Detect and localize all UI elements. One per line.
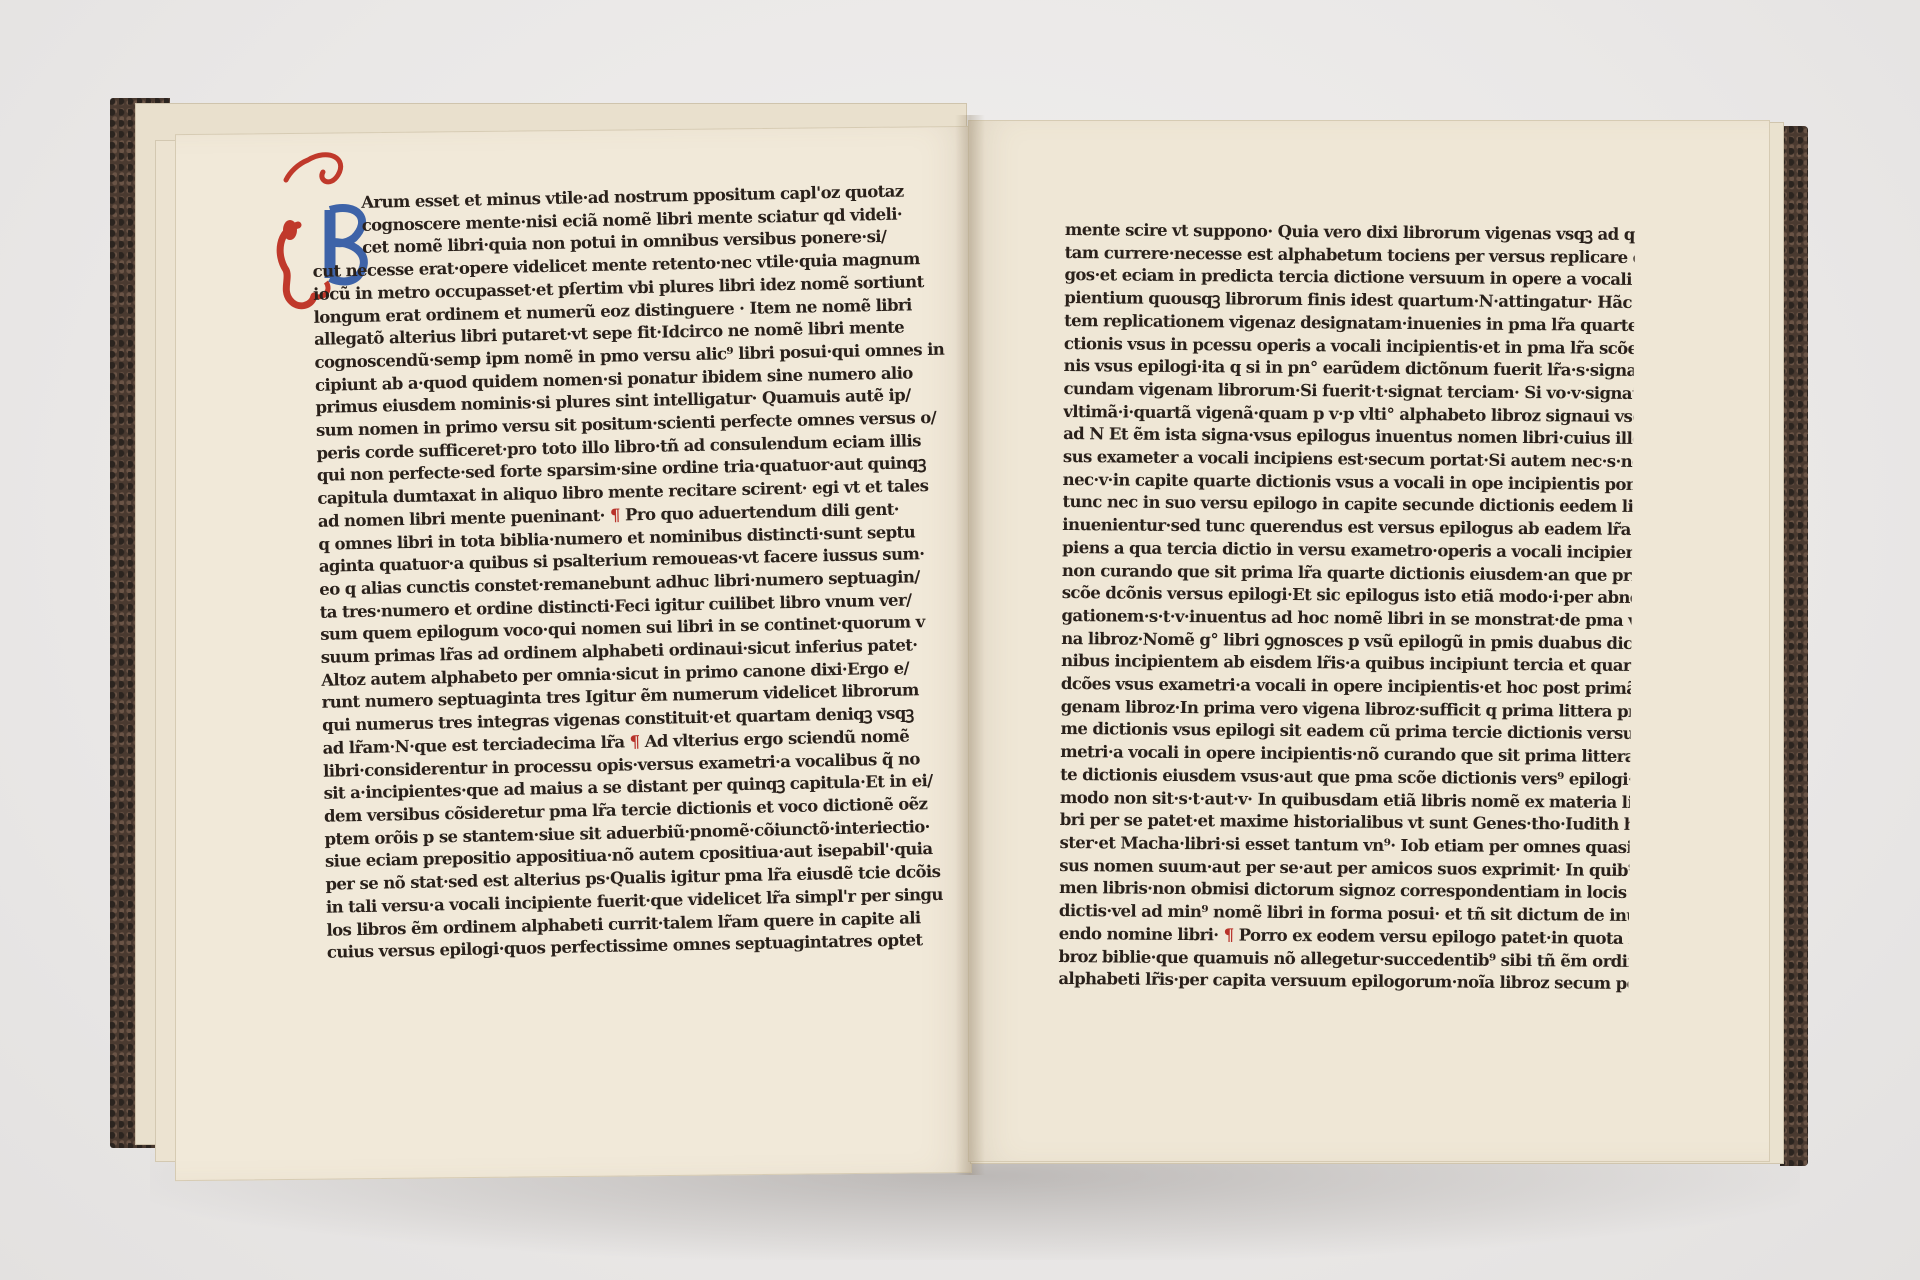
- text-segment: ad nomen libri mente pueninant·: [318, 506, 605, 531]
- pilcrow-mark: ¶: [629, 732, 639, 751]
- text-segment: endo nomine libri·: [1059, 924, 1219, 944]
- book-gutter: [955, 115, 985, 1175]
- pilcrow-mark: ¶: [610, 505, 620, 524]
- text-segment: Ad vlterius ergo sciendũ nomẽ: [644, 726, 909, 751]
- left-page-text: Arum esset et minus vtile·ad nostrum ppo…: [355, 180, 961, 964]
- pilcrow-mark: ¶: [1224, 925, 1234, 944]
- text-segment: Pro quo aduertendum dili gent·: [625, 500, 899, 525]
- book-cover-right: [1780, 126, 1808, 1166]
- right-page-text: mente scire vt suppono· Quia vero dixi l…: [1058, 219, 1635, 996]
- text-segment: ad lr̃am·N·que est terciadecima lr̃a: [322, 732, 624, 757]
- text-segment: Porro ex eodem versu epilogo patet·in qu…: [1239, 925, 1629, 948]
